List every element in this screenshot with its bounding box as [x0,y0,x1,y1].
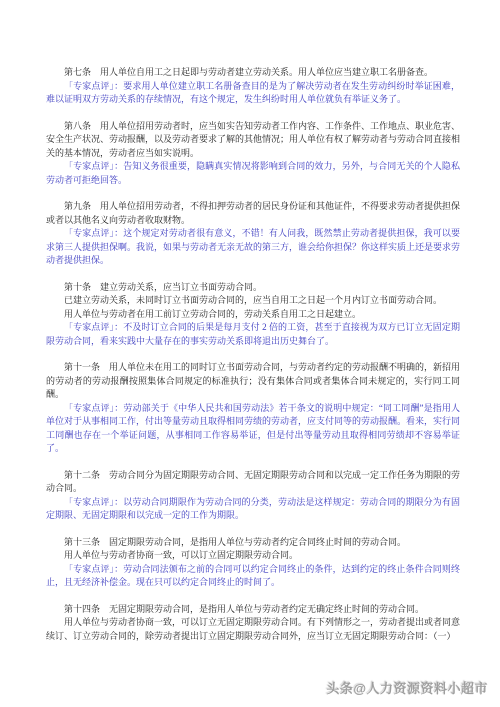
article-13-text: 第十三条 固定期限劳动合同，是指用人单位与劳动者约定合同终止时间的劳动合同。 [46,536,460,550]
article-9-section: 第九条 用人单位招用劳动者，不得扣押劳动者的居民身份证和其他证件，不得要求劳动者… [46,200,460,268]
article-11-expert-comment: 「专家点评」：劳动部关于《中华人民共和国劳动法》若干条文的说明中规定：“同工同酬… [46,402,460,456]
article-13-expert-comment: 「专家点评」：劳动合同法颁布之前的合同可以约定合同终止的条件，达到约定的终止条件… [46,563,460,590]
article-10-text: 第十条 建立劳动关系，应当订立书面劳动合同。 [46,281,460,295]
article-9-expert-comment: 「专家点评」：这个规定对劳动者很有意义，不错！有人问我，既然禁止劳动者提供担保，… [46,227,460,268]
article-14-text: 第十四条 无固定期限劳动合同，是指用人单位与劳动者约定无确定终止时间的劳动合同。 [46,603,460,617]
article-13-text-2: 用人单位与劳动者协商一致，可以订立固定期限劳动合同。 [46,549,460,563]
article-12-expert-comment: 「专家点评」：以劳动合同期限作为劳动合同的分类，劳动法是这样规定：劳动合同的期限… [46,496,460,523]
article-7-expert-comment: 「专家点评」：要求用人单位建立职工名册备查目的是为了解决劳动者在发生劳动纠纷时举… [46,80,460,107]
toutiao-watermark: 头条@人力资源资料小超市 [326,678,488,697]
article-10-text-3: 用人单位与劳动者在用工前订立劳动合同的，劳动关系自用工之日起建立。 [46,308,460,322]
article-10-expert-comment: 「专家点评」：不及时订立合同的后果是每月支付 2 倍的工资，甚至于直接视为双方已… [46,321,460,348]
article-8-expert-comment: 「专家点评」：告知义务很重要，隐瞒真实情况将影响到合同的效力，另外，与合同无关的… [46,160,460,187]
article-10-text-2: 已建立劳动关系，未同时订立书面劳动合同的，应当自用工之日起一个月内订立书面劳动合… [46,294,460,308]
article-12-section: 第十二条 劳动合同分为固定期限劳动合同、无固定期限劳动合同和以完成一定工作任务为… [46,469,460,523]
article-12-text: 第十二条 劳动合同分为固定期限劳动合同、无固定期限劳动合同和以完成一定工作任务为… [46,469,460,496]
article-10-section: 第十条 建立劳动关系，应当订立书面劳动合同。 已建立劳动关系，未同时订立书面劳动… [46,281,460,349]
article-11-text: 第十一条 用人单位未在用工的同时订立书面劳动合同，与劳动者约定的劳动报酬不明确的… [46,361,460,402]
article-7-text: 第七条 用人单位自用工之日起即与劳动者建立劳动关系。用人单位应当建立职工名册备查… [46,66,460,80]
article-13-section: 第十三条 固定期限劳动合同，是指用人单位与劳动者约定合同终止时间的劳动合同。 用… [46,536,460,590]
article-8-section: 第八条 用人单位招用劳动者时，应当如实告知劳动者工作内容、工作条件、工作地点、职… [46,120,460,188]
article-9-text: 第九条 用人单位招用劳动者，不得扣押劳动者的居民身份证和其他证件，不得要求劳动者… [46,200,460,227]
article-14-section: 第十四条 无固定期限劳动合同，是指用人单位与劳动者约定无确定终止时间的劳动合同。… [46,603,460,644]
article-14-text-2: 用人单位与劳动者协商一致，可以订立无固定期限劳动合同。有下列情形之一，劳动者提出… [46,616,460,643]
article-8-text: 第八条 用人单位招用劳动者时，应当如实告知劳动者工作内容、工作条件、工作地点、职… [46,120,460,161]
document-body: 第七条 用人单位自用工之日起即与劳动者建立劳动关系。用人单位应当建立职工名册备查… [46,66,460,643]
document-page: 第七条 用人单位自用工之日起即与劳动者建立劳动关系。用人单位应当建立职工名册备查… [0,0,500,707]
article-7-section: 第七条 用人单位自用工之日起即与劳动者建立劳动关系。用人单位应当建立职工名册备查… [46,66,460,107]
article-11-section: 第十一条 用人单位未在用工的同时订立书面劳动合同，与劳动者约定的劳动报酬不明确的… [46,361,460,456]
